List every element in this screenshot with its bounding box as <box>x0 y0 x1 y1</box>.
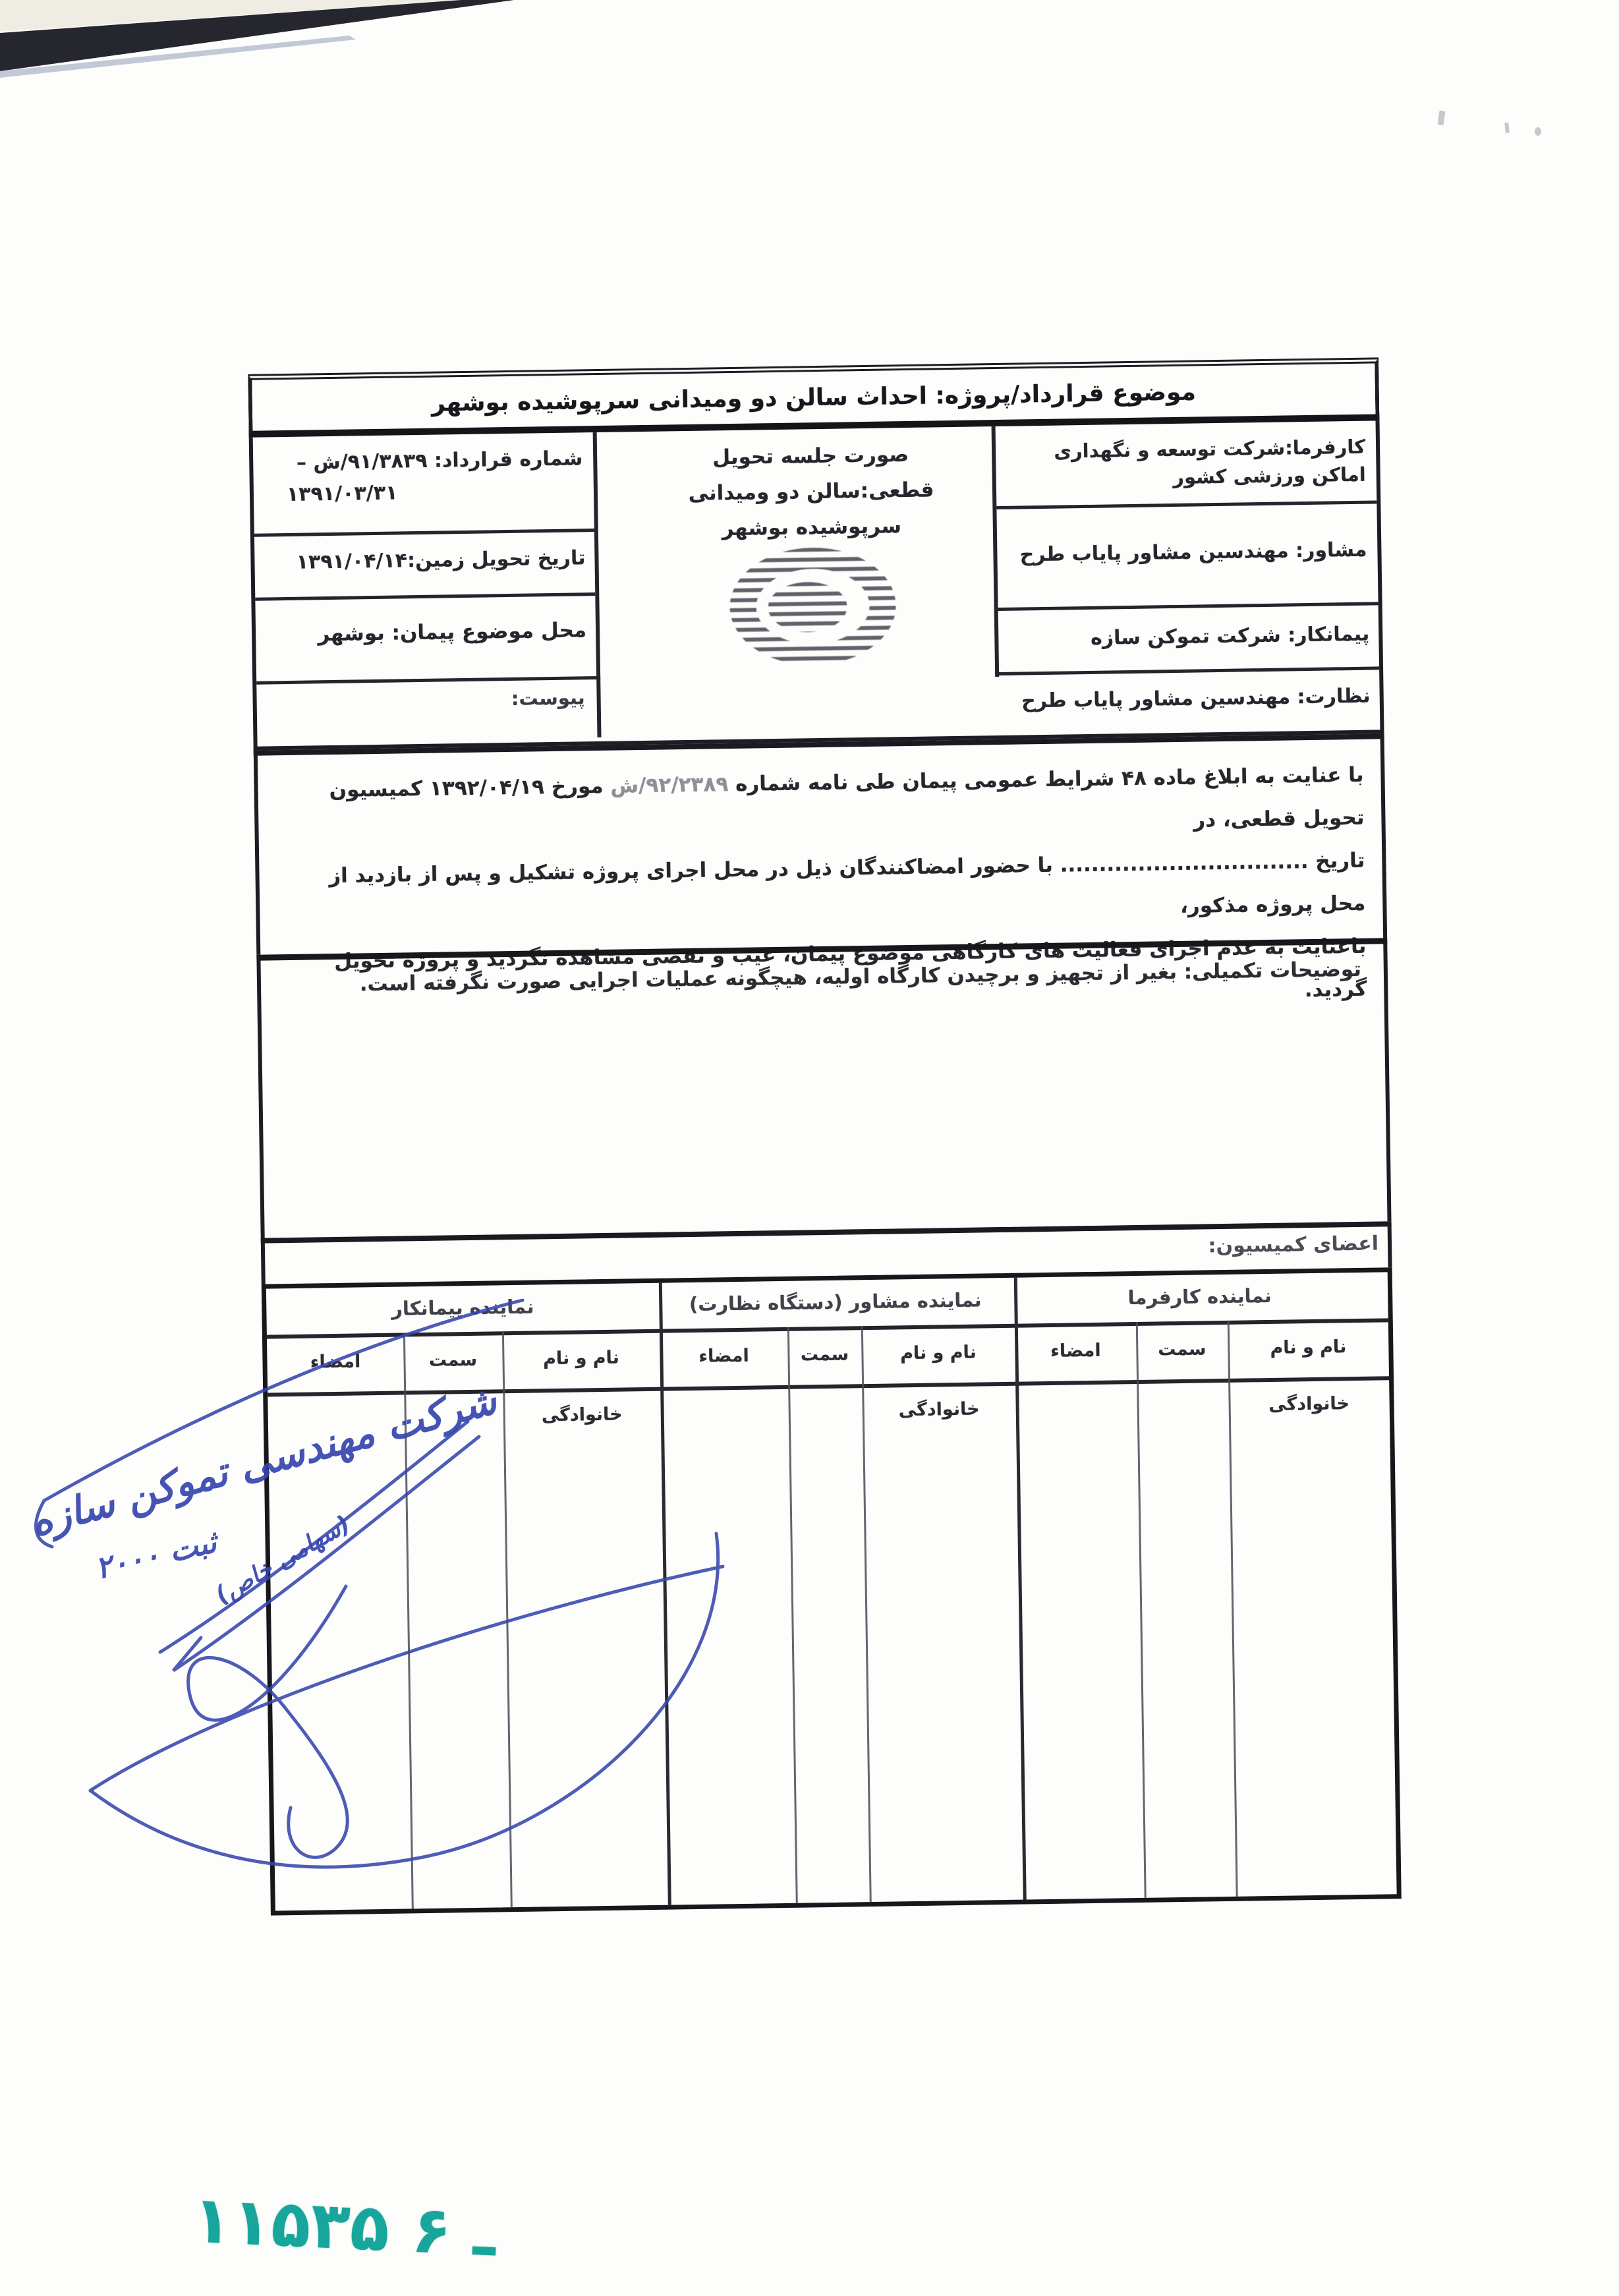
document-title: موضوع قرارداد/پروژه: احداث سالن دو ومیدا… <box>252 363 1375 432</box>
col-header-name-consultant: نام و نام خانوادگی <box>861 1324 1015 1384</box>
scanned-document-page: موضوع قرارداد/پروژه: احداث سالن دو ومیدا… <box>0 0 1619 2296</box>
table-column-line <box>1228 1321 1238 1897</box>
commission-paragraph: با عنایت به ابلاغ ماده ۴۸ شرایط عمومی پی… <box>254 733 1387 954</box>
col-header-signature-contractor: امضاء <box>267 1333 404 1392</box>
striped-oval-logo-icon <box>729 546 897 666</box>
paragraph-line-1b-faint: ۹۲/۲۳۸۹/ش <box>610 772 728 798</box>
contract-location-cell: محل موضوع پیمان: بوشهر <box>255 596 596 681</box>
contract-number: شماره قرارداد: ۹۱/۳۸۳۹/ش – <box>297 447 583 474</box>
supervision-cell: نظارت: مهندسین مشاور پایاب طرح <box>999 670 1380 732</box>
group-header-employer: نماینده کارفرما <box>1011 1272 1388 1323</box>
ink-speck <box>1438 110 1446 125</box>
group-header-consultant: نماینده مشاور (دستگاه نظارت) <box>659 1278 1012 1329</box>
scanner-edge-artifact <box>0 0 521 79</box>
signatures-table: نماینده کارفرما نماینده مشاور (دستگاه نظ… <box>262 1267 1402 1915</box>
signature-registration-number: ثبت ۲۰۰۰ <box>92 1523 223 1586</box>
signature-stroke <box>36 1501 52 1547</box>
contract-delivery-form: موضوع قرارداد/پروژه: احداث سالن دو ومیدا… <box>248 349 1402 1921</box>
col-header-name-employer: نام و نام خانوادگی <box>1228 1318 1389 1379</box>
col-header-role-employer: سمت <box>1136 1321 1228 1380</box>
contract-number-cell: شماره قرارداد: ۹۱/۳۸۳۹/ش – ۱۳۹۱/۰۳/۳۱ <box>253 432 594 534</box>
attachment-label-cell: پیوست: <box>256 679 597 743</box>
col-header-signature-employer: امضاء <box>1015 1322 1137 1382</box>
col-header-name-contractor: نام و نام خانوادگی <box>502 1329 660 1390</box>
col-header-signature-consultant: امضاء <box>660 1327 788 1387</box>
land-delivery-date-cell: تاریخ تحویل زمین:۱۳۹۱/۰۴/۱۴ <box>254 532 595 598</box>
info-grid: شماره قرارداد: ۹۱/۳۸۳۹/ش – ۱۳۹۱/۰۳/۳۱ تا… <box>249 420 1384 750</box>
col-header-role-contractor: سمت <box>403 1331 503 1391</box>
employer-cell: کارفرما:شرکت توسعه و نگهداری اماکن ورزشی… <box>996 420 1377 506</box>
col-header-role-consultant: سمت <box>787 1326 862 1385</box>
consultant-cell: مشاور: مهندسین مشاور پایاب طرح <box>996 503 1378 608</box>
paragraph-line-1: با عنایت به ابلاغ ماده ۴۸ شرایط عمومی پی… <box>258 739 1382 855</box>
group-header-contractor: نماینده پیمانکار <box>266 1283 660 1335</box>
table-column-line <box>1136 1322 1147 1898</box>
contract-date: ۱۳۹۱/۰۳/۳۱ <box>260 474 584 511</box>
paragraph-line-2: تاریخ ................................ ب… <box>259 839 1383 941</box>
archive-number-handwritten: ۱۱۵۳۵ ـ ۶ <box>191 2183 497 2272</box>
ink-speck <box>1504 123 1510 134</box>
remarks-text: توضیحات تکمیلی: بغیر از تجهیز و برچیدن ک… <box>260 944 1384 997</box>
table-column-line <box>403 1333 414 1909</box>
contractor-cell: پیمانکار: شرکت تموکن سازه <box>998 605 1379 672</box>
table-column-line <box>861 1326 872 1902</box>
remarks-section: توضیحات تکمیلی: بغیر از تجهیز و برچیدن ک… <box>256 938 1391 1238</box>
table-column-line <box>787 1327 798 1903</box>
ink-speck <box>1535 127 1541 136</box>
paragraph-line-1a: با عنایت به ابلاغ ماده ۴۸ شرایط عمومی پی… <box>728 763 1364 796</box>
table-column-line <box>502 1331 513 1907</box>
minutes-title-cell: صورت جلسه تحویل قطعی:سالن دو ومیدانی سرپ… <box>633 426 992 737</box>
minutes-title: صورت جلسه تحویل قطعی:سالن دو ومیدانی سرپ… <box>688 443 934 540</box>
